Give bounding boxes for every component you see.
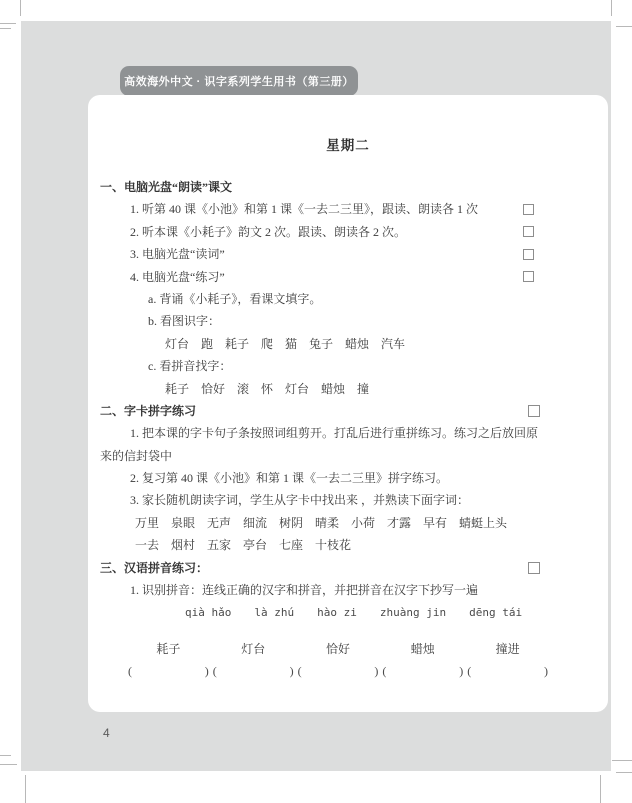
section1-header-row: 一、电脑光盘“朗读”课文 <box>100 176 534 198</box>
crop-mark-top-left-v <box>20 0 21 16</box>
section2-item1-line1: 1. 把本课的字卡句子条按照词组剪开。打乱后进行重拼练习。练习之后放回原 <box>100 422 538 444</box>
book-series-tab: 高效海外中文 · 识字系列学生用书（第三册） <box>120 66 358 96</box>
section1-sub-c-text: c. 看拼音找字： <box>100 355 231 377</box>
paren-open: ( <box>298 660 302 682</box>
crop-mark-top-right-h <box>616 26 632 27</box>
crop-mark-bottom-left-v <box>25 775 26 803</box>
section1-words-b-row: 灯台 跑 耗子 爬 猫 兔子 蜡烛 汽车 <box>100 333 534 355</box>
section2-words-line2: 一去 烟村 五家 亭台 七座 十枝花 <box>100 534 351 556</box>
crop-mark-top-left-h2 <box>0 28 11 29</box>
section2-item1-line2: 来的信封袋中 <box>100 445 172 467</box>
section1-sub-a-row: a. 背诵《小耗子》，看课文填字。 <box>100 288 534 310</box>
section3-item1-row: 1. 识别拼音：连线正确的汉字和拼音，并把拼音在汉字下抄写一遍 <box>100 579 534 601</box>
hanzi-zhuangjin: 撞进 <box>465 638 550 660</box>
checkbox-listen-lesson40[interactable] <box>523 204 534 215</box>
section2-item1-line1-row: 1. 把本课的字卡句子条按照词组剪开。打乱后进行重拼练习。练习之后放回原 <box>100 422 534 444</box>
paren-close: ) <box>290 660 294 682</box>
checkbox-read-words[interactable] <box>523 249 534 260</box>
section1-item3-text: 3. 电脑光盘“读词” <box>100 243 225 265</box>
hanzi-dengtai: 灯台 <box>211 638 296 660</box>
pinyin-row: qià hǎo là zhú hào zi zhuàng jin dēng tá… <box>88 601 608 623</box>
section1-words-c: 耗子 恰好 滚 怀 灯台 蜡烛 撞 <box>100 378 369 400</box>
checkbox-practice[interactable] <box>523 271 534 282</box>
book-series-label: 高效海外中文 · 识字系列学生用书（第三册） <box>124 73 354 89</box>
answer-blank-1[interactable]: ( ) <box>126 660 211 682</box>
section3-header-row: 三、汉语拼音练习： <box>100 557 534 579</box>
section2-words-line1: 万里 泉眼 无声 细流 树阴 晴柔 小荷 才露 早有 蜻蜓上头 <box>100 512 507 534</box>
checkbox-section3[interactable] <box>528 562 540 574</box>
checkbox-listen-rhyme[interactable] <box>523 226 534 237</box>
paren-open: ( <box>128 660 132 682</box>
paren-close: ) <box>544 660 548 682</box>
pinyin-dengtai: dēng tái <box>469 606 522 619</box>
pinyin-haozi: hào zi <box>317 606 357 619</box>
section1-words-c-row: 耗子 恰好 滚 怀 灯台 蜡烛 撞 <box>100 378 534 400</box>
pinyin-zhuangjin: zhuàng jin <box>380 606 446 619</box>
crop-mark-bottom-left-h2 <box>0 755 11 756</box>
section3-item1-text: 1. 识别拼音：连线正确的汉字和拼音，并把拼音在汉字下抄写一遍 <box>100 579 478 601</box>
section1-header: 一、电脑光盘“朗读”课文 <box>100 176 232 198</box>
match-cell-dengtai: 灯台 ( ) <box>211 638 296 683</box>
crop-mark-top-right-v <box>611 0 612 16</box>
section3-header: 三、汉语拼音练习： <box>100 557 208 579</box>
paren-open: ( <box>467 660 471 682</box>
section2-item2-row: 2. 复习第 40 课《小池》和第 1 课《一去二三里》拼字练习。 <box>100 467 534 489</box>
section2-words-line2-row: 一去 烟村 五家 亭台 七座 十枝花 <box>100 534 534 556</box>
section2-item3-text: 3. 家长随机朗读字词，学生从字卡中找出来 ，并熟读下面字词： <box>100 489 469 511</box>
paren-open: ( <box>382 660 386 682</box>
pinyin-qiahao: qià hǎo <box>185 606 231 619</box>
answer-blank-2[interactable]: ( ) <box>211 660 296 682</box>
workbook-scan-page: { "tab_label": "高效海外中文 · 识字系列学生用书（第三册）",… <box>0 0 632 803</box>
answer-blank-5[interactable]: ( ) <box>465 660 550 682</box>
pinyin-lazhu: là zhú <box>254 606 294 619</box>
pinyin-matching-grid: 耗子 ( ) 灯台 ( ) 恰好 ( ) <box>88 638 608 683</box>
paren-open: ( <box>213 660 217 682</box>
section1-item4-row: 4. 电脑光盘“练习” <box>100 266 534 288</box>
paren-close: ) <box>459 660 463 682</box>
section1-sub-a-text: a. 背诵《小耗子》，看课文填字。 <box>100 288 321 310</box>
crop-mark-top-left-h <box>0 23 16 24</box>
section2-header-row: 二、字卡拼字练习 <box>100 400 534 422</box>
match-cell-haozi: 耗子 ( ) <box>126 638 211 683</box>
worksheet-panel: 星期二 一、电脑光盘“朗读”课文 1. 听第 40 课《小池》和第 1 课《一去… <box>88 95 608 712</box>
page-title: 星期二 <box>88 135 608 157</box>
section1-item1-row: 1. 听第 40 课《小池》和第 1 课《一去二三里》，跟读、朗读各 1 次 <box>100 198 534 220</box>
section1-item1-text: 1. 听第 40 课《小池》和第 1 课《一去二三里》，跟读、朗读各 1 次 <box>100 198 478 220</box>
section1-item2-row: 2. 听本课《小耗子》韵文 2 次。跟读、朗读各 2 次。 <box>100 221 534 243</box>
hanzi-haozi: 耗子 <box>126 638 211 660</box>
section2-item3-row: 3. 家长随机朗读字词，学生从字卡中找出来 ，并熟读下面字词： <box>100 489 534 511</box>
section2-header: 二、字卡拼字练习 <box>100 400 196 422</box>
match-cell-lazhu: 蜡烛 ( ) <box>380 638 465 683</box>
paren-close: ) <box>374 660 378 682</box>
section1-words-b: 灯台 跑 耗子 爬 猫 兔子 蜡烛 汽车 <box>100 333 405 355</box>
answer-blank-3[interactable]: ( ) <box>296 660 381 682</box>
section1-sub-c-row: c. 看拼音找字： <box>100 355 534 377</box>
section1-item2-text: 2. 听本课《小耗子》韵文 2 次。跟读、朗读各 2 次。 <box>100 221 406 243</box>
hanzi-qiahao: 恰好 <box>296 638 381 660</box>
checkbox-section2[interactable] <box>528 405 540 417</box>
section2-item2-text: 2. 复习第 40 课《小池》和第 1 课《一去二三里》拼字练习。 <box>100 467 448 489</box>
paren-close: ) <box>205 660 209 682</box>
page-number: 4 <box>103 726 110 740</box>
section1-sub-b-text: b. 看图识字： <box>100 310 220 332</box>
section1-sub-b-row: b. 看图识字： <box>100 310 534 332</box>
crop-mark-bottom-right-h2 <box>616 772 632 773</box>
hanzi-lazhu: 蜡烛 <box>380 638 465 660</box>
crop-mark-bottom-right-v <box>600 775 601 803</box>
section1-item4-text: 4. 电脑光盘“练习” <box>100 266 225 288</box>
section1-item3-row: 3. 电脑光盘“读词” <box>100 243 534 265</box>
crop-mark-bottom-left-h <box>0 764 17 765</box>
match-cell-qiahao: 恰好 ( ) <box>296 638 381 683</box>
section2-item1-line2-row: 来的信封袋中 <box>100 445 534 467</box>
match-cell-zhuangjin: 撞进 ( ) <box>465 638 550 683</box>
section2-words-line1-row: 万里 泉眼 无声 细流 树阴 晴柔 小荷 才露 早有 蜻蜓上头 <box>100 512 534 534</box>
answer-blank-4[interactable]: ( ) <box>380 660 465 682</box>
crop-mark-bottom-right-h <box>612 760 632 761</box>
